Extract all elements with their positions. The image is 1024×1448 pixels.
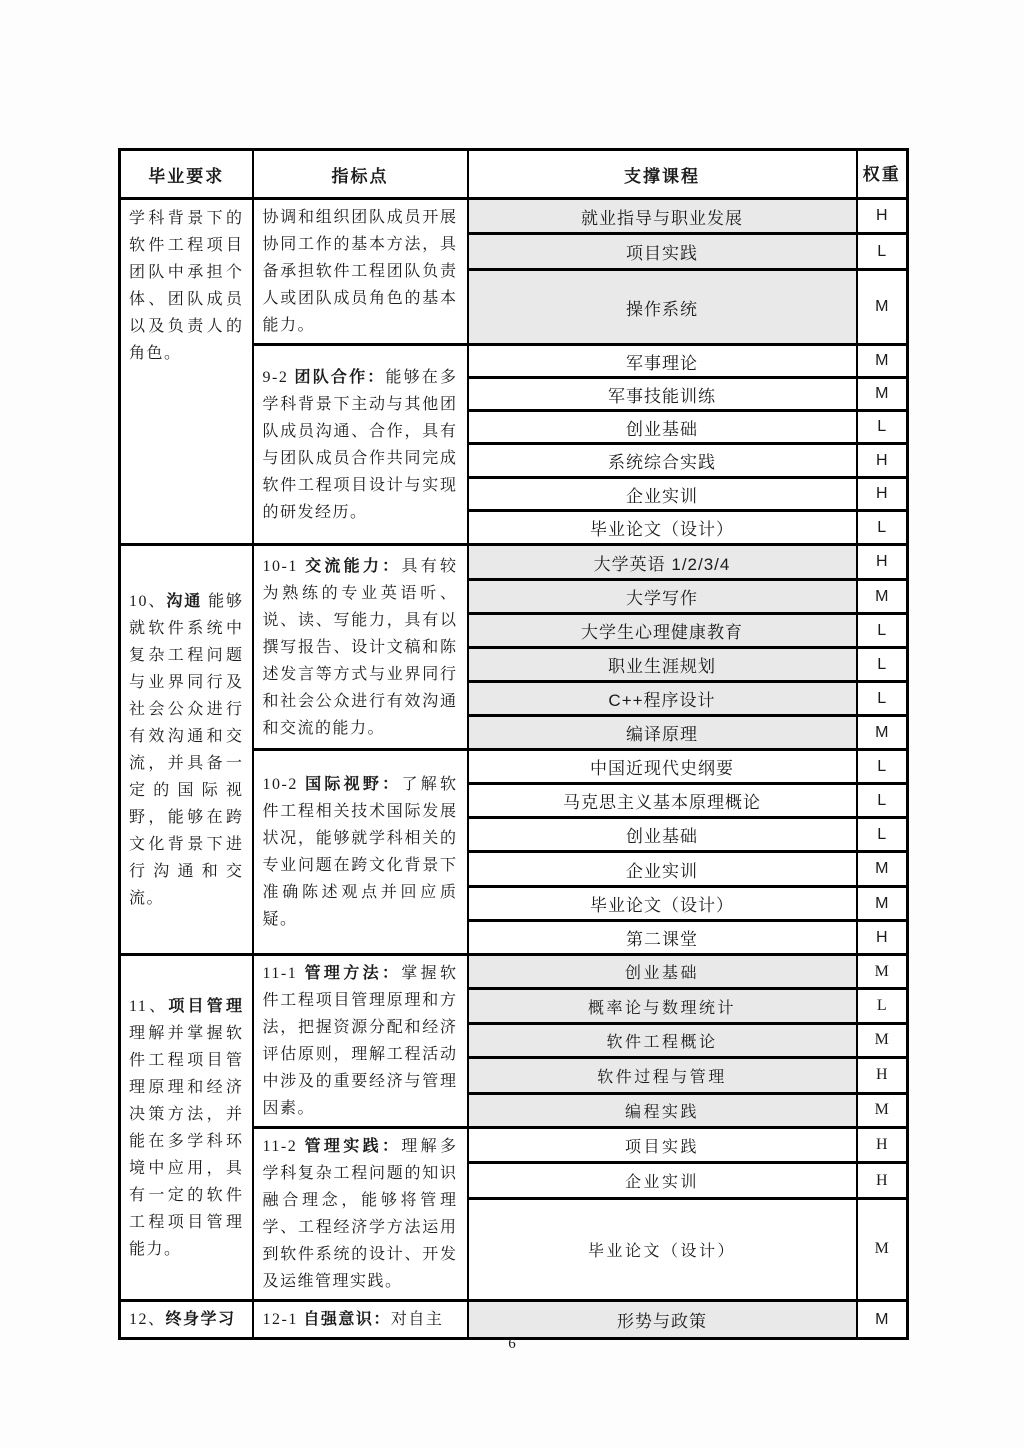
course-cell: 企业实训	[468, 478, 857, 511]
weight-cell: H	[857, 1058, 908, 1093]
indicator-cell-number: 11-2	[263, 1138, 305, 1155]
course-cell: 中国近现代史纲要	[468, 750, 857, 784]
course-cell: 编译原理	[468, 716, 857, 750]
weight-cell: M	[857, 887, 908, 921]
weight-cell: M	[857, 345, 908, 378]
weight-cell: H	[857, 444, 908, 478]
weight-cell: L	[857, 818, 908, 852]
weight-cell: H	[857, 1163, 908, 1198]
indicator-cell: 10-2 国际视野：了解软件工程相关技术国际发展状况，能够就学科相关的专业问题在…	[253, 750, 468, 955]
weight-cell: M	[857, 716, 908, 750]
indicator-cell-description: 能够在多学科背景下主动与其他团队成员沟通、合作，具有与团队成员合作共同完成软件工…	[263, 369, 458, 521]
weight-cell: M	[857, 852, 908, 887]
course-cell: 软件工程概论	[468, 1023, 857, 1057]
requirement-cell-description: 理解并掌握软件工程项目管理原理和经济决策方法，并能在多学科环境中应用，具有一定的…	[129, 1025, 244, 1258]
requirement-cell-description: 能够就软件系统中复杂工程问题与业界同行及社会公众进行有效沟通和交流，并具备一定的…	[129, 593, 244, 907]
indicator-cell-description: 了解软件工程相关技术国际发展状况，能够就学科相关的专业问题在跨文化背景下准确陈述…	[263, 776, 458, 928]
indicator-cell-title: 团队合作：	[295, 369, 386, 386]
course-cell: 项目实践	[468, 1128, 857, 1163]
requirement-cell: 学科背景下的软件工程项目团队中承担个体、团队成员以及负责人的角色。	[120, 199, 253, 545]
indicator-cell-number: 12-1	[263, 1311, 304, 1328]
requirement-cell-number: 10、	[129, 593, 166, 610]
weight-cell: M	[857, 1023, 908, 1057]
weight-cell: L	[857, 648, 908, 682]
indicator-cell-description: 掌握软件工程项目管理原理和方法，把握资源分配和经济评估原则，理解工程活动中涉及的…	[263, 965, 458, 1117]
weight-cell: M	[857, 1093, 908, 1127]
weight-cell: L	[857, 234, 908, 270]
weight-cell: L	[857, 411, 908, 444]
curriculum-support-table: 毕业要求 指标点 支撑课程 权重 学科背景下的软件工程项目团队中承担个体、团队成…	[118, 148, 909, 1340]
page-number: 6	[0, 1336, 1024, 1353]
course-cell: 企业实训	[468, 852, 857, 887]
indicator-cell-number: 9-2	[263, 369, 295, 386]
indicator-cell-description: 理解多学科复杂工程问题的知识融合理念，能够将管理学、工程经济学方法运用到软件系统…	[263, 1138, 458, 1290]
course-cell: 创业基础	[468, 955, 857, 989]
course-cell: 军事理论	[468, 345, 857, 378]
indicator-cell-number: 10-1	[263, 558, 306, 575]
weight-cell: L	[857, 750, 908, 784]
course-cell: 系统综合实践	[468, 444, 857, 478]
weight-cell: L	[857, 682, 908, 716]
weight-cell: H	[857, 478, 908, 511]
indicator-cell: 11-2 管理实践：理解多学科复杂工程问题的知识融合理念，能够将管理学、工程经济…	[253, 1128, 468, 1301]
indicator-cell: 协调和组织团队成员开展协同工作的基本方法，具备承担软件工程团队负责人或团队成员角…	[253, 199, 468, 345]
course-cell: 编程实践	[468, 1093, 857, 1127]
document-page: 毕业要求 指标点 支撑课程 权重 学科背景下的软件工程项目团队中承担个体、团队成…	[0, 0, 1024, 1448]
weight-cell: H	[857, 1128, 908, 1163]
weight-cell: H	[857, 545, 908, 580]
course-cell: C++程序设计	[468, 682, 857, 716]
indicator-cell-number: 11-1	[263, 965, 305, 982]
weight-cell: L	[857, 511, 908, 545]
weight-cell: H	[857, 199, 908, 234]
indicator-cell-description: 协调和组织团队成员开展协同工作的基本方法，具备承担软件工程团队负责人或团队成员角…	[263, 209, 458, 334]
requirement-cell: 12、终身学习	[120, 1301, 253, 1339]
indicator-cell-title: 自强意识：	[303, 1311, 391, 1328]
course-cell: 创业基础	[468, 411, 857, 444]
requirement-cell-title: 沟通	[166, 593, 202, 610]
course-cell: 操作系统	[468, 270, 857, 345]
indicator-cell-title: 交流能力：	[305, 558, 401, 575]
course-cell: 毕业论文（设计）	[468, 1198, 857, 1300]
weight-cell: M	[857, 270, 908, 345]
requirement-cell: 11、项目管理 理解并掌握软件工程项目管理原理和经济决策方法，并能在多学科环境中…	[120, 955, 253, 1301]
course-row: 11、项目管理 理解并掌握软件工程项目管理原理和经济决策方法，并能在多学科环境中…	[120, 955, 908, 989]
requirement-cell-number: 11、	[129, 998, 168, 1015]
indicator-cell-description: 具有较为熟练的专业英语听、说、读、写能力，具有以撰写报告、设计文稿和陈述发言等方…	[263, 558, 458, 737]
course-cell: 项目实践	[468, 234, 857, 270]
requirement-cell-title: 终身学习	[166, 1311, 236, 1328]
indicator-cell-title: 国际视野：	[305, 776, 401, 793]
course-cell: 职业生涯规划	[468, 648, 857, 682]
course-cell: 马克思主义基本原理概论	[468, 784, 857, 818]
course-cell: 形势与政策	[468, 1301, 857, 1339]
course-row: 学科背景下的软件工程项目团队中承担个体、团队成员以及负责人的角色。协调和组织团队…	[120, 199, 908, 234]
header-course: 支撑课程	[468, 150, 857, 199]
indicator-cell-title: 管理方法：	[305, 965, 402, 982]
indicator-cell-number: 10-2	[263, 776, 306, 793]
requirement-cell-title: 项目管理	[168, 998, 243, 1015]
weight-cell: L	[857, 989, 908, 1023]
requirement-cell: 10、沟通 能够就软件系统中复杂工程问题与业界同行及社会公众进行有效沟通和交流，…	[120, 545, 253, 955]
course-cell: 企业实训	[468, 1163, 857, 1198]
weight-cell: H	[857, 921, 908, 955]
requirement-cell-description: 学科背景下的软件工程项目团队中承担个体、团队成员以及负责人的角色。	[129, 210, 244, 362]
course-cell: 大学写作	[468, 580, 857, 614]
course-row: 12、终身学习12-1 自强意识：对自主形势与政策M	[120, 1301, 908, 1339]
header-requirement: 毕业要求	[120, 150, 253, 199]
requirement-cell-number: 12、	[129, 1311, 166, 1328]
course-cell: 毕业论文（设计）	[468, 887, 857, 921]
indicator-cell: 12-1 自强意识：对自主	[253, 1301, 468, 1339]
course-cell: 创业基础	[468, 818, 857, 852]
course-cell: 大学生心理健康教育	[468, 614, 857, 648]
course-cell: 软件过程与管理	[468, 1058, 857, 1093]
weight-cell: M	[857, 580, 908, 614]
table-header-row: 毕业要求 指标点 支撑课程 权重	[120, 150, 908, 199]
weight-cell: M	[857, 955, 908, 989]
weight-cell: M	[857, 378, 908, 411]
indicator-cell: 9-2 团队合作：能够在多学科背景下主动与其他团队成员沟通、合作，具有与团队成员…	[253, 345, 468, 545]
table-body: 学科背景下的软件工程项目团队中承担个体、团队成员以及负责人的角色。协调和组织团队…	[120, 199, 908, 1339]
weight-cell: M	[857, 1198, 908, 1300]
weight-cell: L	[857, 784, 908, 818]
course-cell: 毕业论文（设计）	[468, 511, 857, 545]
indicator-cell-description: 对自主	[391, 1311, 444, 1328]
course-cell: 就业指导与职业发展	[468, 199, 857, 234]
course-row: 10、沟通 能够就软件系统中复杂工程问题与业界同行及社会公众进行有效沟通和交流，…	[120, 545, 908, 580]
weight-cell: M	[857, 1301, 908, 1339]
course-cell: 概率论与数理统计	[468, 989, 857, 1023]
header-indicator: 指标点	[253, 150, 468, 199]
indicator-cell-title: 管理实践：	[305, 1138, 402, 1155]
weight-cell: L	[857, 614, 908, 648]
header-weight: 权重	[857, 150, 908, 199]
indicator-cell: 10-1 交流能力：具有较为熟练的专业英语听、说、读、写能力，具有以撰写报告、设…	[253, 545, 468, 750]
course-cell: 第二课堂	[468, 921, 857, 955]
course-cell: 大学英语 1/2/3/4	[468, 545, 857, 580]
course-cell: 军事技能训练	[468, 378, 857, 411]
indicator-cell: 11-1 管理方法：掌握软件工程项目管理原理和方法，把握资源分配和经济评估原则，…	[253, 955, 468, 1128]
